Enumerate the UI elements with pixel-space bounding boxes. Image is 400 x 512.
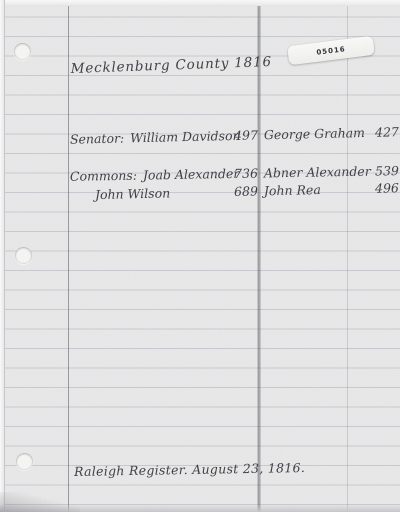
candidate-name: John Wilson [95, 185, 171, 202]
hole-punch-middle [15, 247, 32, 264]
vote-count: 497 [216, 127, 258, 143]
hole-punch-top [14, 43, 31, 60]
left-margin-rule [68, 0, 69, 512]
ruled-lines [4, 0, 400, 506]
vote-count: 496 [366, 180, 399, 196]
hole-punch-bottom [16, 453, 33, 470]
office-label: Senator: [70, 130, 125, 146]
paper-left-edge [0, 0, 5, 512]
vote-count: 689 [216, 183, 258, 199]
candidate-name: Abner Alexander [264, 164, 371, 181]
vote-count: 736 [216, 166, 258, 182]
office-label: Commons: [70, 168, 137, 184]
paper-top-edge [0, 0, 400, 6]
scanned-ledger-page: 05016 Mecklenburg County 1816 Senator:Wi… [0, 0, 400, 512]
vote-count: 539 [366, 163, 399, 179]
candidate-name: John Rea [264, 182, 321, 198]
right-column-rule [347, 0, 348, 512]
archival-number: 05016 [316, 45, 346, 57]
bottom-left-corner-shadow [0, 492, 80, 512]
vote-count: 427 [366, 124, 399, 140]
center-column-crease [257, 0, 261, 512]
candidate-name: George Graham [264, 125, 365, 142]
